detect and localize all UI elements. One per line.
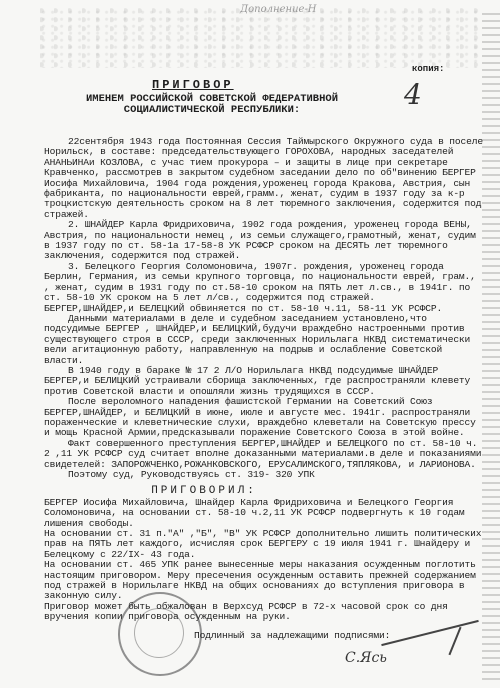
- paragraph-court-composition: 22сентября 1943 года Постоянная Сессия Т…: [44, 137, 484, 220]
- document-subtitle: ИМЕНЕМ РОССИЙСКОЙ СОВЕТСКОЙ ФЕДЕРАТИВНОЙ…: [82, 94, 342, 116]
- document-body: 22сентября 1943 года Постоянная Сессия Т…: [44, 137, 484, 641]
- paragraph-custody: На основании ст. 465 УПК ранее вынесенны…: [44, 560, 484, 602]
- paragraph-findings: Данными материалами в деле и судебном за…: [44, 314, 484, 366]
- document-title: ПРИГОВОР: [152, 78, 234, 92]
- handwritten-annotation: Дополнение-Н: [240, 4, 317, 15]
- subtitle-line-2: СОЦИАЛИСТИЧЕСКОЙ РЕСПУБЛИКИ:: [82, 105, 342, 116]
- scan-noise-right: [482, 10, 500, 680]
- paragraph-rights-deprivation: На основании ст. 31 п."А" ,"Б", "В" УК Р…: [44, 529, 484, 560]
- paragraph-defendant-2: 2. ШНАЙДЕР Карла Фридриховича, 1902 года…: [44, 220, 484, 262]
- paragraph-appeal: Приговор может быть обжалован в Верхсуд …: [44, 602, 484, 623]
- paragraph-war-rumors: После вероломного нападения фашистской Г…: [44, 397, 484, 439]
- handwritten-page-number: 4: [404, 78, 422, 111]
- scan-noise-top: [40, 8, 480, 68]
- paragraph-barracks: В 1940 году в бараке № 17 2 Л/О Норильла…: [44, 366, 484, 397]
- paragraph-sentence: БЕРГЕР Иосифа Михайловича, Шнайдер Карла…: [44, 498, 484, 529]
- round-seal-stamp: [118, 592, 202, 676]
- verdict-heading: ПРИГОВОРИЛ:: [44, 486, 484, 496]
- document-page: Дополнение-Н копия: 4 ПРИГОВОР ИМЕНЕМ РО…: [0, 0, 500, 688]
- paragraph-legal-basis: Поэтому суд, Руководствуясь ст. 319- 320…: [44, 470, 484, 480]
- handwritten-signature: С.Ясь: [345, 650, 387, 666]
- paragraph-witnesses: Факт совершенного преступления БЕРГЕР,ШН…: [44, 439, 484, 470]
- copy-label: копия:: [412, 64, 444, 74]
- paragraph-defendant-3: 3. Белецкого Георгия Соломоновича, 1907г…: [44, 262, 484, 304]
